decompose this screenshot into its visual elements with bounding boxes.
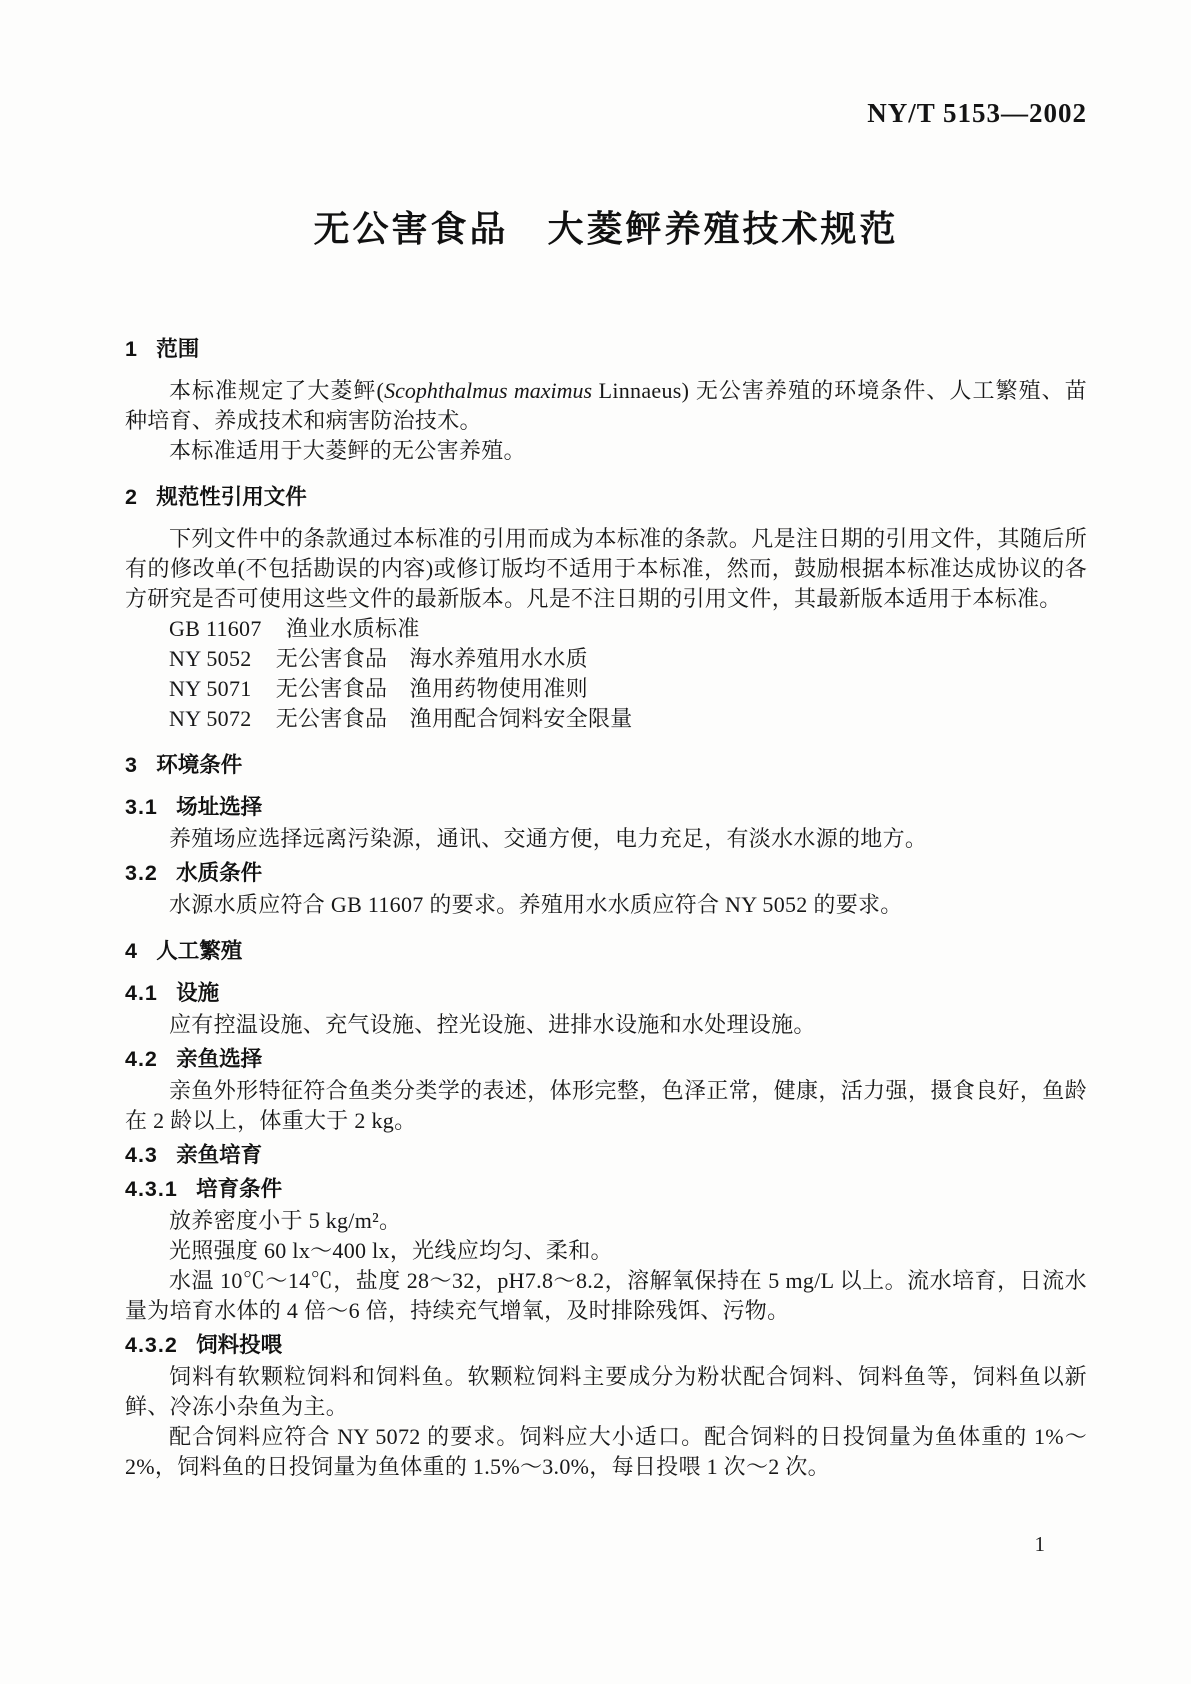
paragraph-text: 应有控温设施、充气设施、控光设施、进排水设施和水处理设施。 [169,1012,816,1037]
paragraph-text: 饲料有软颗粒饲料和饲料鱼。软颗粒饲料主要成分为粉状配合饲料、饲料鱼等，饲料鱼以新… [125,1364,1087,1419]
heading-number: 2 [125,482,138,512]
paragraph: 养殖场应选择远离污染源，通讯、交通方便，电力充足，有淡水水源的地方。 [125,824,1087,854]
reference-item: NY 5071无公害食品 渔用药物使用准则 [125,674,1087,704]
reference-code: GB 11607 [169,614,262,644]
paragraph-text: 配合饲料应符合 NY 5072 的要求。饲料应大小适口。配合饲料的日投饲量为鱼体… [125,1424,1087,1479]
reference-code: NY 5072 [169,704,252,734]
paragraph-text: 放养密度小于 5 kg/m²。 [169,1208,401,1233]
reference-code: NY 5052 [169,644,252,674]
document-title: 无公害食品 大菱鲆养殖技术规范 [125,204,1087,254]
species-latin-name: Scophthalmus maximus [384,378,592,403]
paragraph-text: 光照强度 60 lx～400 lx，光线应均匀、柔和。 [169,1238,613,1263]
reference-title: 无公害食品 海水养殖用水水质 [276,646,588,671]
heading-number: 1 [125,334,138,364]
standard-code: NY/T 5153—2002 [125,98,1087,128]
heading-number: 3.2 [125,858,158,888]
heading-number: 3.1 [125,792,158,822]
section-heading-4-3: 4.3亲鱼培育 [125,1140,1087,1170]
reference-title: 无公害食品 渔用药物使用准则 [276,676,588,701]
heading-text: 培育条件 [196,1177,282,1201]
paragraph: 本标准规定了大菱鲆(Scophthalmus maximus Linnaeus)… [125,376,1087,436]
heading-text: 环境条件 [156,753,242,777]
paragraph: 下列文件中的条款通过本标准的引用而成为本标准的条款。凡是注日期的引用文件，其随后… [125,524,1087,614]
section-heading-4: 4人工繁殖 [125,936,1087,966]
reference-code: NY 5071 [169,674,252,704]
heading-number: 4.1 [125,978,158,1008]
heading-number: 4.3.2 [125,1330,178,1360]
section-heading-4-3-1: 4.3.1培育条件 [125,1174,1087,1204]
paragraph: 放养密度小于 5 kg/m²。 [125,1206,1087,1236]
paragraph: 水源水质应符合 GB 11607 的要求。养殖用水水质应符合 NY 5052 的… [125,890,1087,920]
paragraph: 亲鱼外形特征符合鱼类分类学的表述，体形完整，色泽正常，健康，活力强，摄食良好，鱼… [125,1076,1087,1136]
paragraph-text: 亲鱼外形特征符合鱼类分类学的表述，体形完整，色泽正常，健康，活力强，摄食良好，鱼… [125,1078,1087,1133]
paragraph: 本标准适用于大菱鲆的无公害养殖。 [125,436,1087,466]
paragraph: 水温 10℃～14℃，盐度 28～32，pH7.8～8.2，溶解氧保持在 5 m… [125,1266,1087,1326]
reference-item: GB 11607渔业水质标准 [125,614,1087,644]
reference-item: NY 5072无公害食品 渔用配合饲料安全限量 [125,704,1087,734]
heading-text: 饲料投喂 [196,1333,282,1357]
paragraph: 饲料有软颗粒饲料和饲料鱼。软颗粒饲料主要成分为粉状配合饲料、饲料鱼等，饲料鱼以新… [125,1362,1087,1422]
page-number: 1 [1035,1532,1046,1557]
reference-title: 渔业水质标准 [286,616,420,641]
heading-text: 水质条件 [176,861,262,885]
section-heading-4-2: 4.2亲鱼选择 [125,1044,1087,1074]
section-heading-2: 2规范性引用文件 [125,482,1087,512]
section-heading-4-1: 4.1设施 [125,978,1087,1008]
paragraph: 光照强度 60 lx～400 lx，光线应均匀、柔和。 [125,1236,1087,1266]
heading-text: 人工繁殖 [156,939,242,963]
paragraph-text: 水温 10℃～14℃，盐度 28～32，pH7.8～8.2，溶解氧保持在 5 m… [125,1268,1087,1323]
section-heading-3-1: 3.1场址选择 [125,792,1087,822]
heading-text: 设施 [176,981,219,1005]
paragraph: 配合饲料应符合 NY 5072 的要求。饲料应大小适口。配合饲料的日投饲量为鱼体… [125,1422,1087,1482]
section-heading-3: 3环境条件 [125,750,1087,780]
reference-title: 无公害食品 渔用配合饲料安全限量 [276,706,633,731]
paragraph-text: 养殖场应选择远离污染源，通讯、交通方便，电力充足，有淡水水源的地方。 [169,826,927,851]
heading-text: 场址选择 [176,795,262,819]
paragraph-text: 下列文件中的条款通过本标准的引用而成为本标准的条款。凡是注日期的引用文件，其随后… [125,526,1087,611]
heading-number: 3 [125,750,138,780]
document-body: 1范围本标准规定了大菱鲆(Scophthalmus maximus Linnae… [125,334,1087,1482]
reference-item: NY 5052无公害食品 海水养殖用水水质 [125,644,1087,674]
heading-text: 亲鱼选择 [176,1047,262,1071]
heading-text: 规范性引用文件 [156,485,307,509]
heading-number: 4.3 [125,1140,158,1170]
paragraph-text: 水源水质应符合 GB 11607 的要求。养殖用水水质应符合 NY 5052 的… [169,892,903,917]
section-heading-4-3-2: 4.3.2饲料投喂 [125,1330,1087,1360]
heading-number: 4.2 [125,1044,158,1074]
heading-text: 范围 [156,337,199,361]
paragraph-text: 本标准适用于大菱鲆的无公害养殖。 [169,438,526,463]
heading-number: 4 [125,936,138,966]
paragraph-text: 本标准规定了大菱鲆( [169,378,384,403]
section-heading-3-2: 3.2水质条件 [125,858,1087,888]
heading-number: 4.3.1 [125,1174,178,1204]
paragraph: 应有控温设施、充气设施、控光设施、进排水设施和水处理设施。 [125,1010,1087,1040]
section-heading-1: 1范围 [125,334,1087,364]
heading-text: 亲鱼培育 [176,1143,262,1167]
document-page: NY/T 5153—2002 无公害食品 大菱鲆养殖技术规范 1范围本标准规定了… [0,0,1191,1684]
